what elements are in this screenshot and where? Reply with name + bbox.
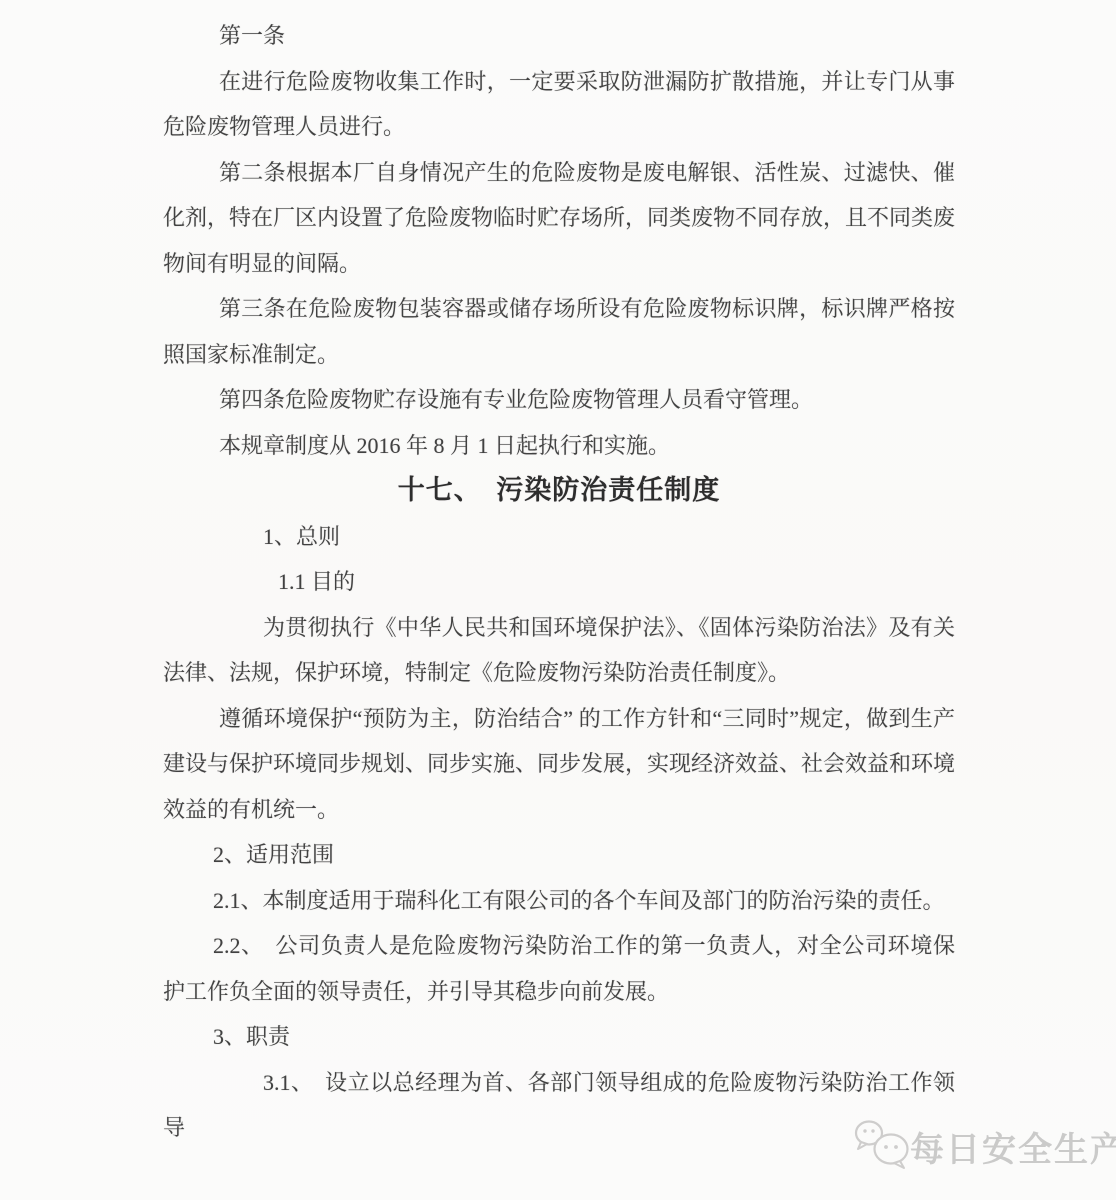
article-4: 第四条危险废物贮存设施有专业危险废物管理人员看守管理。 <box>163 377 955 423</box>
clause-2-2: 2.2、 公司负责人是危险废物污染防治工作的第一负责人，对全公司环境保护工作负全… <box>163 923 955 1014</box>
document-body: 第一条 在进行危险废物收集工作时，一定要采取防泄漏防扩散措施，并让专门从事危险废… <box>163 13 955 1151</box>
clause-2-1: 2.1、本制度适用于瑞科化工有限公司的各个车间及部门的防治污染的责任。 <box>163 878 955 924</box>
clause-1-1-purpose: 1.1 目的 <box>163 559 955 605</box>
article-2: 第二条根据本厂自身情况产生的危险废物是废电解银、活性炭、过滤快、催化剂，特在厂区… <box>163 150 955 287</box>
clause-2-scope: 2、适用范围 <box>163 832 955 878</box>
clause-policy-body: 遵循环境保护“预防为主，防治结合” 的工作方针和“三同时”规定，做到生产建设与保… <box>163 696 955 833</box>
effective-date-line: 本规章制度从 2016 年 8 月 1 日起执行和实施。 <box>163 423 955 469</box>
clause-1-general: 1、总则 <box>163 514 955 560</box>
clause-3-duties: 3、职责 <box>163 1014 955 1060</box>
section-heading: 十七、 污染防治责任制度 <box>163 468 955 514</box>
document-page: 第一条 在进行危险废物收集工作时，一定要采取防泄漏防扩散措施，并让专门从事危险废… <box>0 0 1116 1200</box>
article-1-body: 在进行危险废物收集工作时，一定要采取防泄漏防扩散措施，并让专门从事危险废物管理人… <box>163 59 955 150</box>
clause-3-1: 3.1、 设立以总经理为首、各部门领导组成的危险废物污染防治工作领导 <box>163 1060 955 1151</box>
clause-1-1-body: 为贯彻执行《中华人民共和国环境保护法》、《固体污染防治法》及有关法律、法规，保护… <box>163 605 955 696</box>
article-3: 第三条在危险废物包装容器或储存场所设有危险废物标识牌，标识牌严格按照国家标准制定… <box>163 286 955 377</box>
article-1-title: 第一条 <box>163 13 955 59</box>
